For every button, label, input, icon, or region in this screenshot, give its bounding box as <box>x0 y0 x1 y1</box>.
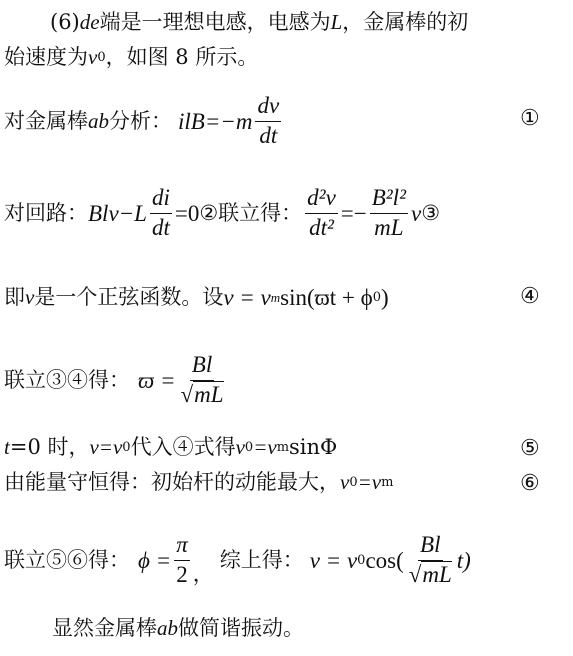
numerator: Bl <box>418 533 442 560</box>
paragraph-intro-line2: 始速度为 v0 ，如图 8 所示。 <box>4 47 258 68</box>
subscript: 0 <box>122 441 130 454</box>
text: ，如图 8 所示。 <box>106 47 259 68</box>
subscript: m <box>381 476 393 489</box>
var-v: v <box>340 472 349 493</box>
text: 联立⑤⑥得： <box>4 550 130 571</box>
subscript: 0 <box>373 291 381 304</box>
text: 分析： <box>109 111 172 132</box>
radicand: mL <box>421 561 451 587</box>
fraction-dv-dt: dvdt <box>255 94 281 147</box>
comma: ， <box>193 564 214 585</box>
sin-phi: sinΦ <box>289 437 337 458</box>
var-L: L <box>331 12 343 33</box>
text: 是一个正弦函数。设 <box>34 287 223 308</box>
equation-rhs: =0 <box>175 202 199 225</box>
var-v: v <box>25 287 34 308</box>
numerator: Bl <box>190 353 214 380</box>
fraction-pi-2: π2 <box>174 533 190 586</box>
radicand: mL <box>193 381 223 407</box>
cos: cos( <box>365 549 403 572</box>
equation-4: 即 v 是一个正弦函数。设 v = vm sin(ϖt + ϕ0 ) <box>4 280 389 314</box>
equals-minus: =− <box>341 202 367 225</box>
equation-lhs: ϕ = <box>138 549 171 572</box>
var-v: v <box>236 437 245 458</box>
text: 端是一理想电感，电感为 <box>100 12 331 33</box>
expression: v = v <box>310 549 357 572</box>
var-ab: ab <box>157 618 178 639</box>
fraction-di-dt: didt <box>150 186 172 239</box>
subscript: 0 <box>245 441 253 454</box>
equation-tag-4: ④ <box>520 284 540 309</box>
equation-tag-3: ③ <box>421 203 440 224</box>
equation-tag-5: ⑤ <box>520 436 540 461</box>
subscript: m <box>271 291 280 304</box>
numerator: dv <box>255 94 281 121</box>
expression: t) <box>457 549 471 572</box>
subscript: m <box>277 441 289 454</box>
equation-7: 由能量守恒得：初始杆的动能最大， v0 =vm <box>4 472 393 493</box>
expression: =v <box>253 437 277 458</box>
text: 即 <box>4 287 25 308</box>
text: 显然金属棒 <box>52 618 157 639</box>
denominator: √mL <box>179 381 226 407</box>
equation-6: t =0 时， v=v0 代入④式得 v0 =vm sinΦ <box>4 437 337 458</box>
text: 综上得： <box>220 550 304 571</box>
subscript: 0 <box>97 51 105 64</box>
denominator: √mL <box>407 561 454 587</box>
denominator: 2 <box>174 561 190 587</box>
subscript: 0 <box>357 554 365 567</box>
numerator: d²v <box>305 186 338 213</box>
text: 对金属棒 <box>4 111 88 132</box>
equation-8: 联立⑤⑥得： ϕ = π2 ， 综上得： v = v0 cos( Bl√mL t… <box>4 525 471 595</box>
var-de: de <box>80 12 100 33</box>
numerator: B²l² <box>370 186 408 213</box>
text: 联立得： <box>218 203 302 224</box>
text: 始速度为 <box>4 47 88 68</box>
fraction-B2l2-mL: B²l²mL <box>370 186 408 239</box>
expression: v=v <box>89 437 122 458</box>
expression: v = v <box>223 286 270 309</box>
equation-lhs: ϖ = <box>138 369 176 392</box>
equation-tag-1: ① <box>520 106 540 131</box>
denominator: dt² <box>307 214 336 240</box>
equation-1: 对金属棒 ab 分析： ilB=−m dvdt <box>4 86 284 156</box>
expression: =v <box>358 472 382 493</box>
text: 联立③④得： <box>4 370 130 391</box>
equation-lhs: ilB=−m <box>178 110 252 133</box>
equation-2-3: 对回路： Blv−L didt =0 ② 联立得： d²vdt² =− B²l²… <box>4 178 440 248</box>
conclusion: 显然金属棒 ab 做简谐振动。 <box>52 618 304 639</box>
denominator: dt <box>150 214 172 240</box>
equation-5: 联立③④得： ϖ = Bl√mL <box>4 345 229 415</box>
fraction-Bl-sqrt-mL: Bl√mL <box>407 533 454 586</box>
equation-tag-2: ② <box>199 203 218 224</box>
text: 代入④式得 <box>131 437 236 458</box>
var-v: v <box>88 47 97 68</box>
text: ，金属棒的初 <box>342 12 468 33</box>
expression: sin(ϖt + ϕ <box>280 286 373 309</box>
text: 由能量守恒得：初始杆的动能最大， <box>4 472 340 493</box>
var-ab: ab <box>88 111 109 132</box>
text: 对回路： <box>4 203 88 224</box>
part-number: (6) <box>50 12 80 33</box>
var-v: v <box>411 202 421 225</box>
text: 做简谐振动。 <box>178 618 304 639</box>
equation-lhs: Blv−L <box>88 202 147 225</box>
numerator: π <box>174 533 190 560</box>
subscript: 0 <box>349 476 357 489</box>
text: =0 时， <box>10 437 90 458</box>
denominator: mL <box>372 214 405 240</box>
paragraph-intro-line1: (6) de 端是一理想电感，电感为 L ，金属棒的初 <box>50 12 468 33</box>
denominator: dt <box>257 122 279 148</box>
fraction-d2v-dt2: d²vdt² <box>305 186 338 239</box>
fraction-Bl-sqrt-mL: Bl√mL <box>179 353 226 406</box>
paren: ) <box>381 286 389 309</box>
numerator: di <box>150 186 172 213</box>
equation-tag-6: ⑥ <box>520 471 540 496</box>
